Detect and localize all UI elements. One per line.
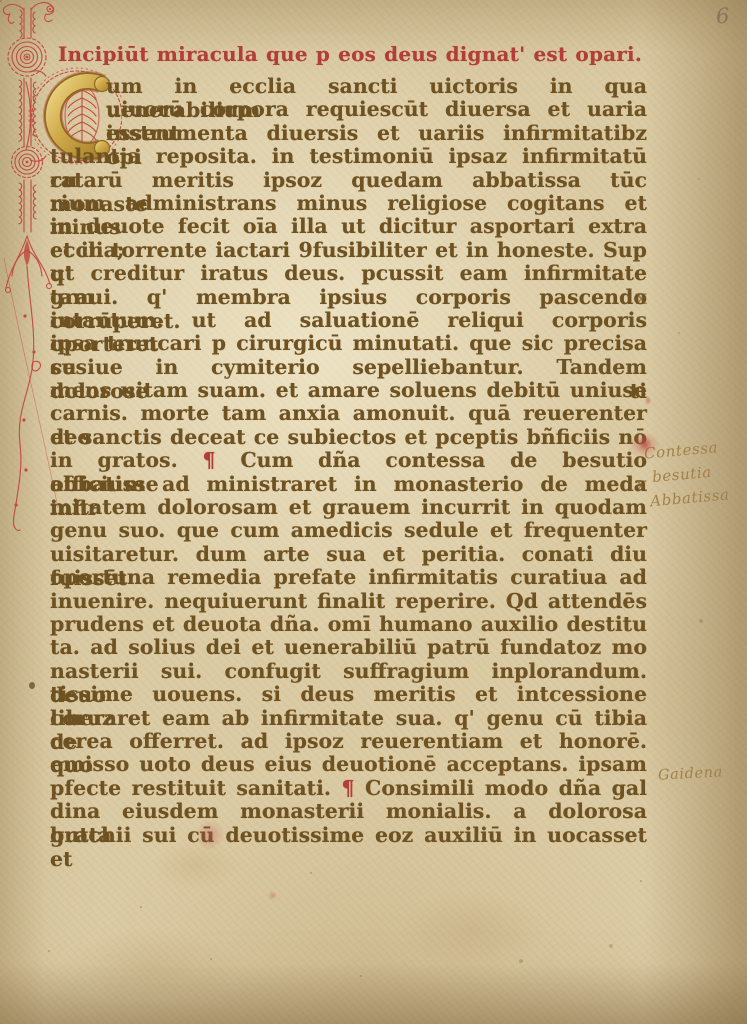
text-line: cesiue in cymiterio sepelliebantur. Tand… [50, 355, 647, 378]
text-line: ratarū meritis ipsoz quedam abbatissa tū… [50, 168, 647, 191]
text-segment: pfecte restituit sanitati. [50, 776, 342, 800]
text-line: ut creditur iratus deus. pcussit eam inf… [50, 261, 647, 284]
text-line: nasterii sui. confugit suffragium inplor… [50, 659, 647, 682]
margin-note-line: Gaidena [658, 764, 724, 783]
text-line: carnis. morte tam anxia amonuit. quā reu… [50, 401, 647, 424]
text-line: officium ad ministraret in monasterio de… [50, 472, 647, 495]
text-line: ta. ad solius dei et uenerabiliū patrū f… [50, 635, 647, 658]
text-segment: mitatem dolorosam et grauem incurrit in … [50, 495, 647, 519]
text-segment: oportuna remedia prefate infirmitatis cu… [50, 565, 647, 589]
text-line: brachii sui cū deuotissime eoz auxiliū i… [50, 823, 647, 846]
text-line: inuenire. nequiuerunt finalit reperire. … [50, 589, 647, 612]
parchment-stain [60, 930, 240, 1000]
text-line: rium administrans minus religiose cogita… [50, 191, 647, 214]
text-block: um in ecclia sancti uictoris in qua uene… [50, 74, 647, 846]
text-line: instrumenta diuersis et uariis infirmita… [106, 121, 647, 144]
ink-fleck [29, 682, 35, 689]
margin-note-galdina: Gaidena [658, 764, 724, 783]
text-line: et in torrente iactari 9fusibiliter et i… [50, 238, 647, 261]
text-line: ipsa truncari p cirurgicū minutati. que … [50, 331, 647, 354]
pilcrow-mark: ¶ [342, 776, 355, 800]
text-line: dina eiusdem monasterii monialis. a dolo… [50, 799, 647, 822]
text-segment: et sanctis deceat ce subiectos et pcepti… [50, 425, 647, 449]
text-segment: in gratos. [50, 448, 203, 472]
text-segment: prudens et deuota dña. omī humano auxili… [50, 612, 647, 636]
text-line: liberaret eam ab infirmitate sua. q' gen… [50, 706, 647, 729]
text-line: graui. q' membra ipsius corporis pascend… [50, 285, 647, 308]
text-line: um in ecclia sancti uictoris in qua uene… [106, 74, 647, 97]
text-segment: genu suo. que cum amedicis sedule et fre… [50, 518, 647, 542]
text-line: cerea offerret. ad ipsoz reuerentiam et … [50, 729, 647, 752]
text-segment: brachii sui cū deuotissime eoz auxiliū i… [50, 823, 647, 871]
text-line: tulantia reposita. in testimoniū ipsaz i… [50, 144, 647, 167]
text-line: oportuna remedia prefate infirmitatis cu… [50, 565, 647, 588]
parchment-stain [400, 890, 550, 970]
red-dot [268, 891, 277, 900]
text-line: prudens et deuota dña. omī humano auxili… [50, 612, 647, 635]
rubric-incipit: Incipiūt miracula que p eos deus dignat'… [58, 42, 642, 66]
parchment-stain [150, 840, 240, 890]
margin-note-contessa: ContessabesutiaAbbatissa [643, 435, 731, 514]
text-line: uisitaretur. dum arte sua et peritia. co… [50, 542, 647, 565]
text-line: tissime uouens. si deus meritis et intce… [50, 682, 647, 705]
text-segment: inuenire. nequiuerunt finalit reperire. … [50, 589, 647, 613]
pilcrow-mark: ¶ [203, 448, 216, 472]
text-line: genu suo. que cum amedicis sedule et fre… [50, 518, 647, 541]
text-line: in deuote fecit oīa illa ut dicitur aspo… [50, 214, 647, 237]
manuscript-page: C Incipiūt miracula que p eos deus digna… [0, 0, 747, 1024]
text-line: mens uitam suam. et amare soluens debitū… [50, 378, 647, 401]
text-line: intantum. ut ad saluationē reliqui corpo… [50, 308, 647, 331]
text-line: pfecte restituit sanitati. ¶ Consimili m… [50, 776, 647, 799]
text-line: uiuorū corpora requiescūt diuersa et uar… [106, 97, 647, 120]
text-segment: emisso uoto deus eius deuotionē acceptan… [50, 752, 647, 776]
text-line: in gratos. ¶ Cum dña contessa de besutio… [50, 448, 647, 471]
text-segment: mens uitam suam. et amare soluens debitū… [50, 378, 647, 402]
text-line: emisso uoto deus eius deuotionē acceptan… [50, 752, 647, 775]
text-segment: Consimili modo dña gal [355, 776, 647, 800]
text-segment: ta. ad solius dei et uenerabiliū patrū f… [50, 635, 647, 659]
folio-number: 6 [715, 4, 730, 29]
text-line: mitatem dolorosam et grauem incurrit in … [50, 495, 647, 518]
text-line: et sanctis deceat ce subiectos et pcepti… [50, 425, 647, 448]
